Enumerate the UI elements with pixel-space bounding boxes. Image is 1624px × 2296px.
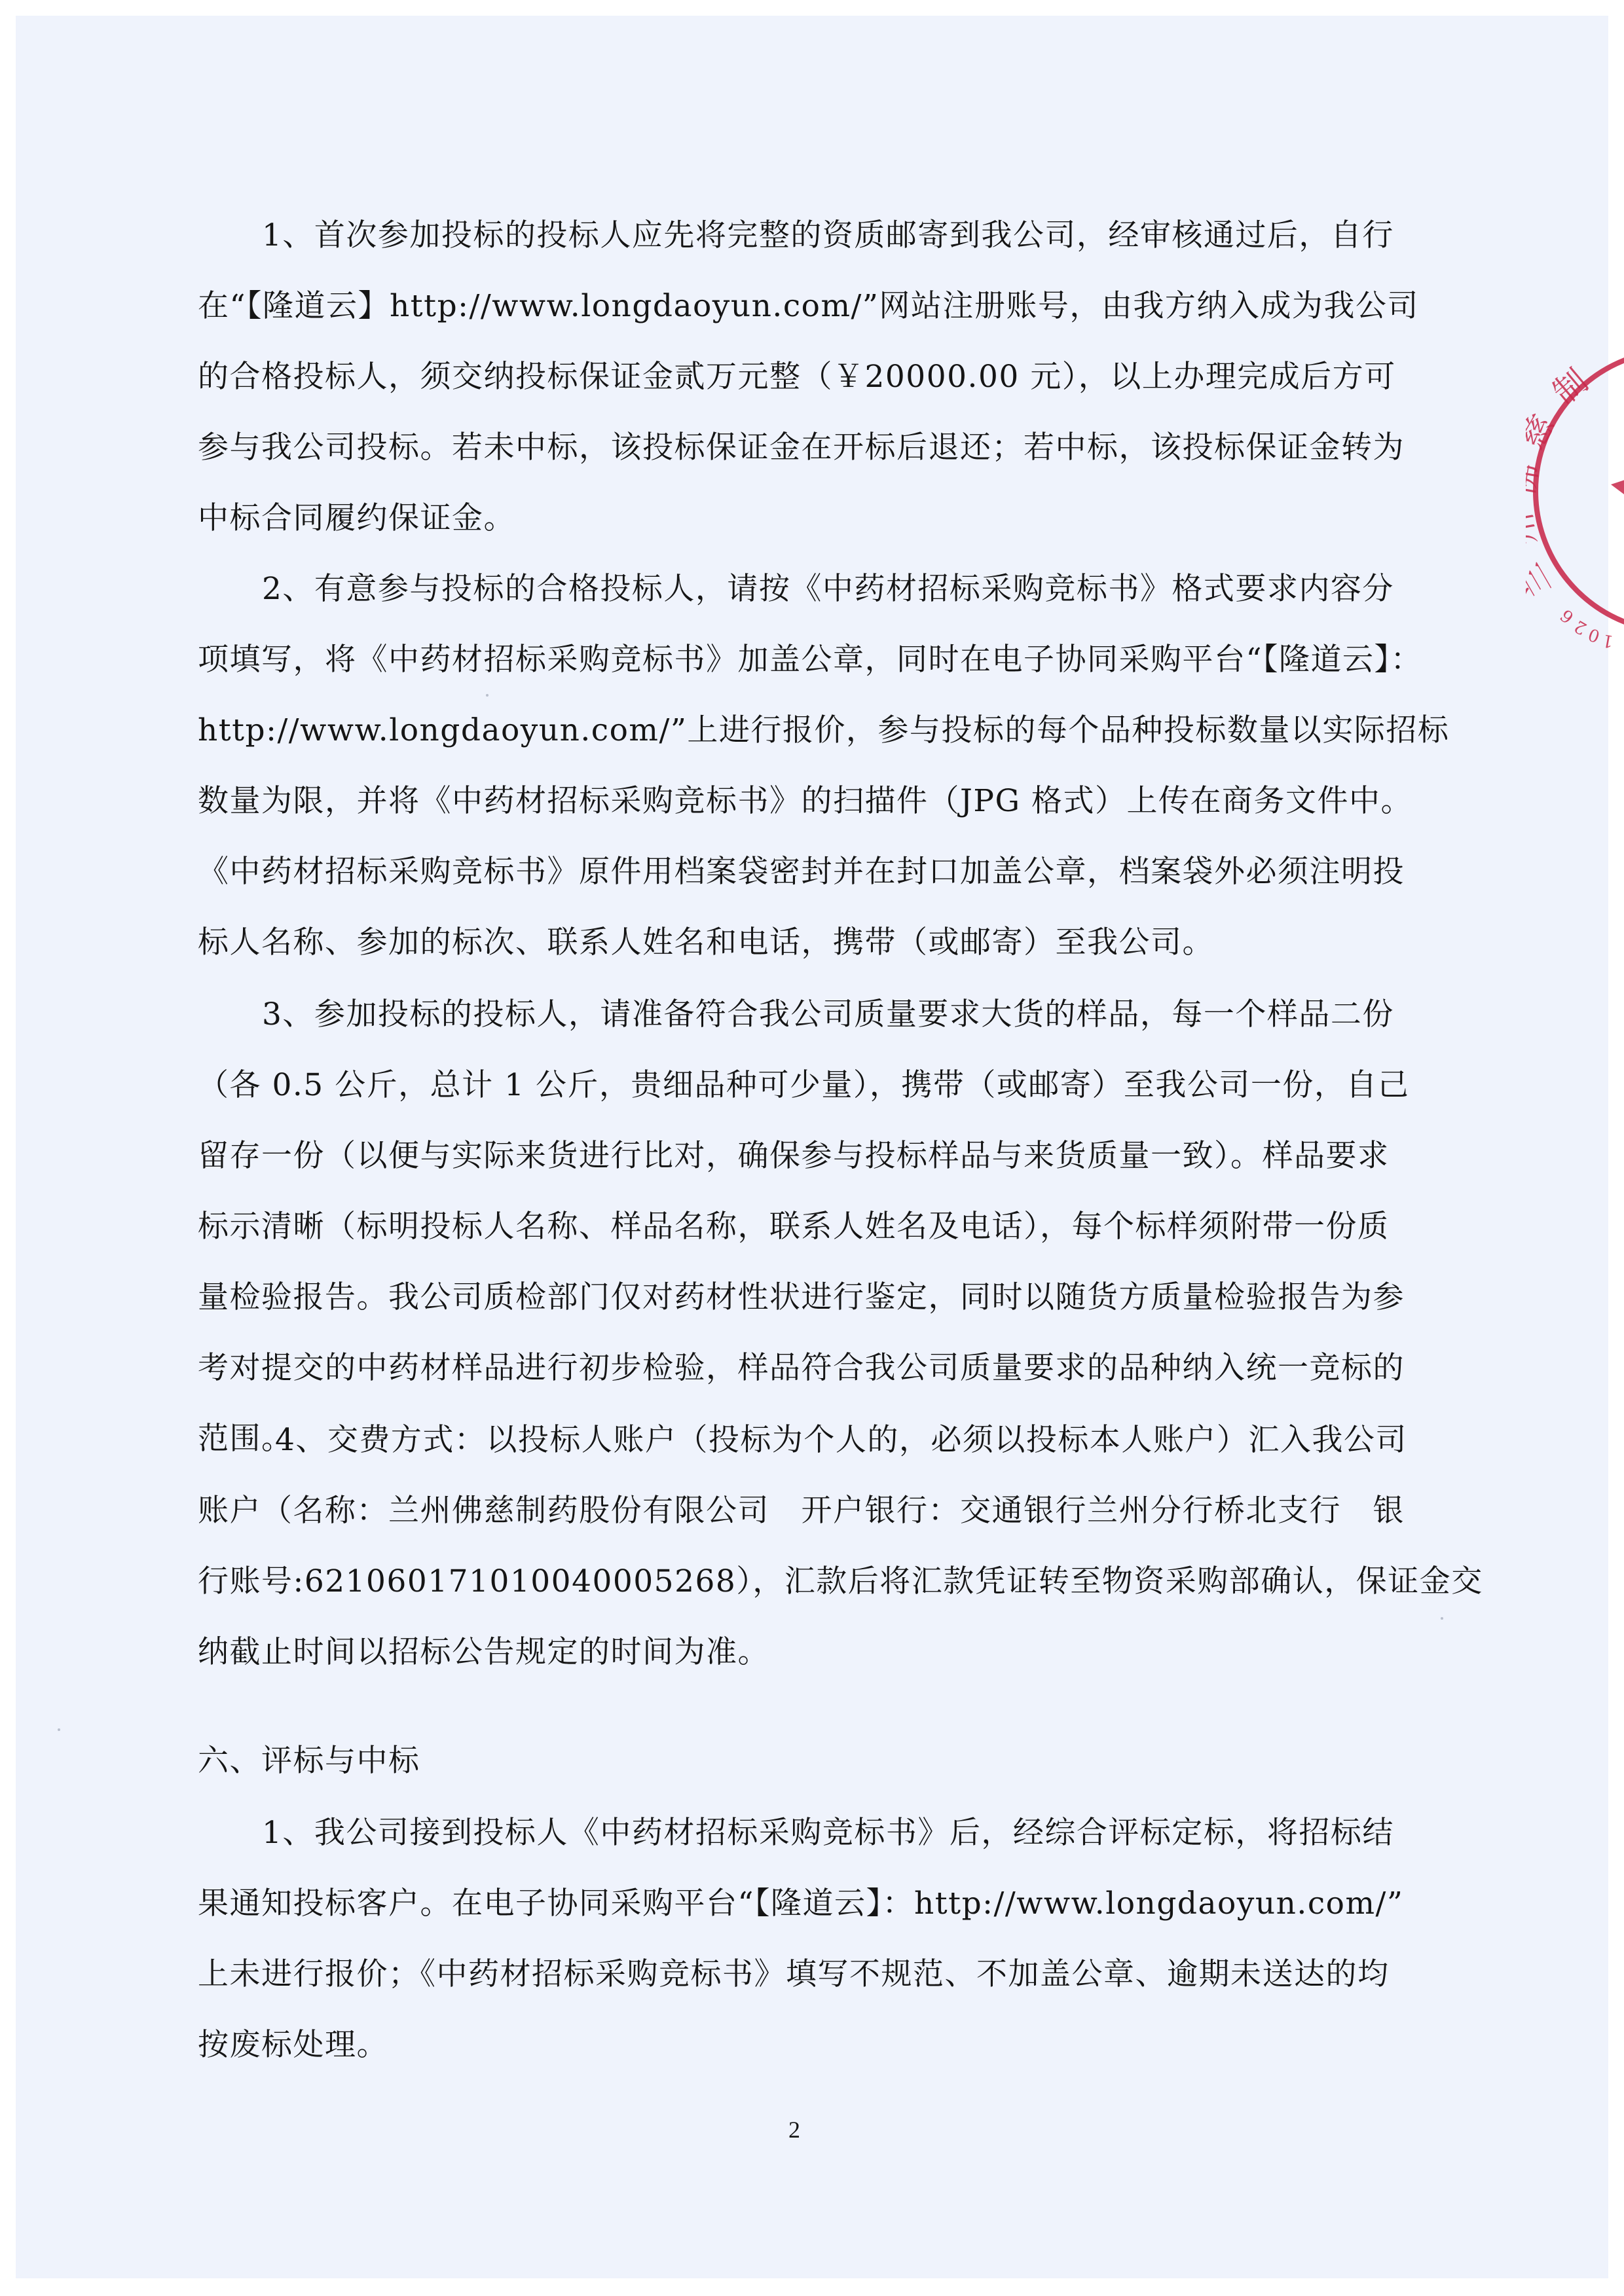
text-line: 按废标处理。 [198,2010,1429,2081]
paragraph-samples: 3、参加投标的投标人，请准备符合我公司质量要求大货的样品，每一个样品二份 （各 … [198,979,1429,1474]
paragraph-payment-method: 4、交费方式：以投标人账户（投标为个人的，必须以投标本人账户）汇入我公司 账户（… [198,1405,1429,1688]
text-line: （各 0.5 公斤，总计 1 公斤，贵细品种可少量），携带（或邮寄）至我公司一份… [198,1050,1429,1121]
text-line: 标示清晰（标明投标人名称、样品名称，联系人姓名及电话），每个标样须附带一份质 [198,1192,1429,1262]
text-line: 果通知投标客户。在电子协同采购平台“【隆道云】：http://www.longd… [198,1868,1429,1939]
text-line: 参与我公司投标。若未中标，该投标保证金在开标后退还；若中标，该投标保证金转为 [198,412,1429,483]
text-line: 3、参加投标的投标人，请准备符合我公司质量要求大货的样品，每一个样品二份 [198,979,1429,1050]
text-line: 的合格投标人，须交纳投标保证金贰万元整（￥20000.00 元），以上办理完成后… [198,342,1429,412]
text-line: 留存一份（以便与实际来货进行比对，确保参与投标样品与来货质量一致）。样品要求 [198,1121,1429,1192]
text-line: 在“【隆道云】http://www.longdaoyun.com/”网站注册账号… [198,271,1429,342]
paragraph-deposit-registration: 1、首次参加投标的投标人应先将完整的资质邮寄到我公司，经审核通过后，自行 在“【… [198,200,1429,554]
text-line: 纳截止时间以招标公告规定的时间为准。 [198,1617,1429,1688]
paragraph-evaluation-result: 1、我公司接到投标人《中药材招标采购竞标书》后，经综合评标定标，将招标结 果通知… [198,1798,1429,2081]
text-line: 上未进行报价；《中药材招标采购竞标书》填写不规范、不加盖公章、逾期未送达的均 [198,1939,1429,2010]
text-line: 账户（名称：兰州佛慈制药股份有限公司 开户银行：交通银行兰州分行桥北支行 银 [198,1476,1429,1546]
paragraph-bid-submission: 2、有意参与投标的合格投标人，请按《中药材招标采购竞标书》格式要求内容分 项填写… [198,554,1429,978]
text-line: 量检验报告。我公司质检部门仅对药材性状进行鉴定，同时以随货方质量检验报告为参 [198,1262,1429,1333]
section-heading-evaluation: 六、评标与中标 [198,1726,1429,1796]
text-line: 2、有意参与投标的合格投标人，请按《中药材招标采购竞标书》格式要求内容分 [198,554,1429,625]
text-line: 考对提交的中药材样品进行初步检验，样品符合我公司质量要求的品种纳入统一竞标的 [198,1333,1429,1404]
text-line: 数量为限，并将《中药材招标采购竞标书》的扫描件（JPG 格式）上传在商务文件中。 [198,766,1429,837]
text-line: 行账号:621060171010040005268），汇款后将汇款凭证转至物资采… [198,1546,1429,1617]
text-line: 中标合同履约保证金。 [198,483,1429,554]
text-line: 4、交费方式：以投标人账户（投标为个人的，必须以投标本人账户）汇入我公司 [198,1405,1429,1476]
text-line: http://www.longdaoyun.com/”上进行报价，参与投标的每个… [198,695,1429,766]
text-line: 《中药材招标采购竞标书》原件用档案袋密封并在封口加盖公章，档案袋外必须注明投 [198,837,1429,907]
text-line: 项填写，将《中药材招标采购竞标书》加盖公章，同时在电子协同采购平台“【隆道云】： [198,625,1429,695]
text-line: 1、我公司接到投标人《中药材招标采购竞标书》后，经综合评标定标，将招标结 [198,1798,1429,1868]
page-number: 2 [788,2116,800,2143]
section-heading: 六、评标与中标 [198,1726,1429,1796]
text-line: 1、首次参加投标的投标人应先将完整的资质邮寄到我公司，经审核通过后，自行 [198,200,1429,271]
text-line: 标人名称、参加的标次、联系人姓名和电话，携带（或邮寄）至我公司。 [198,907,1429,978]
